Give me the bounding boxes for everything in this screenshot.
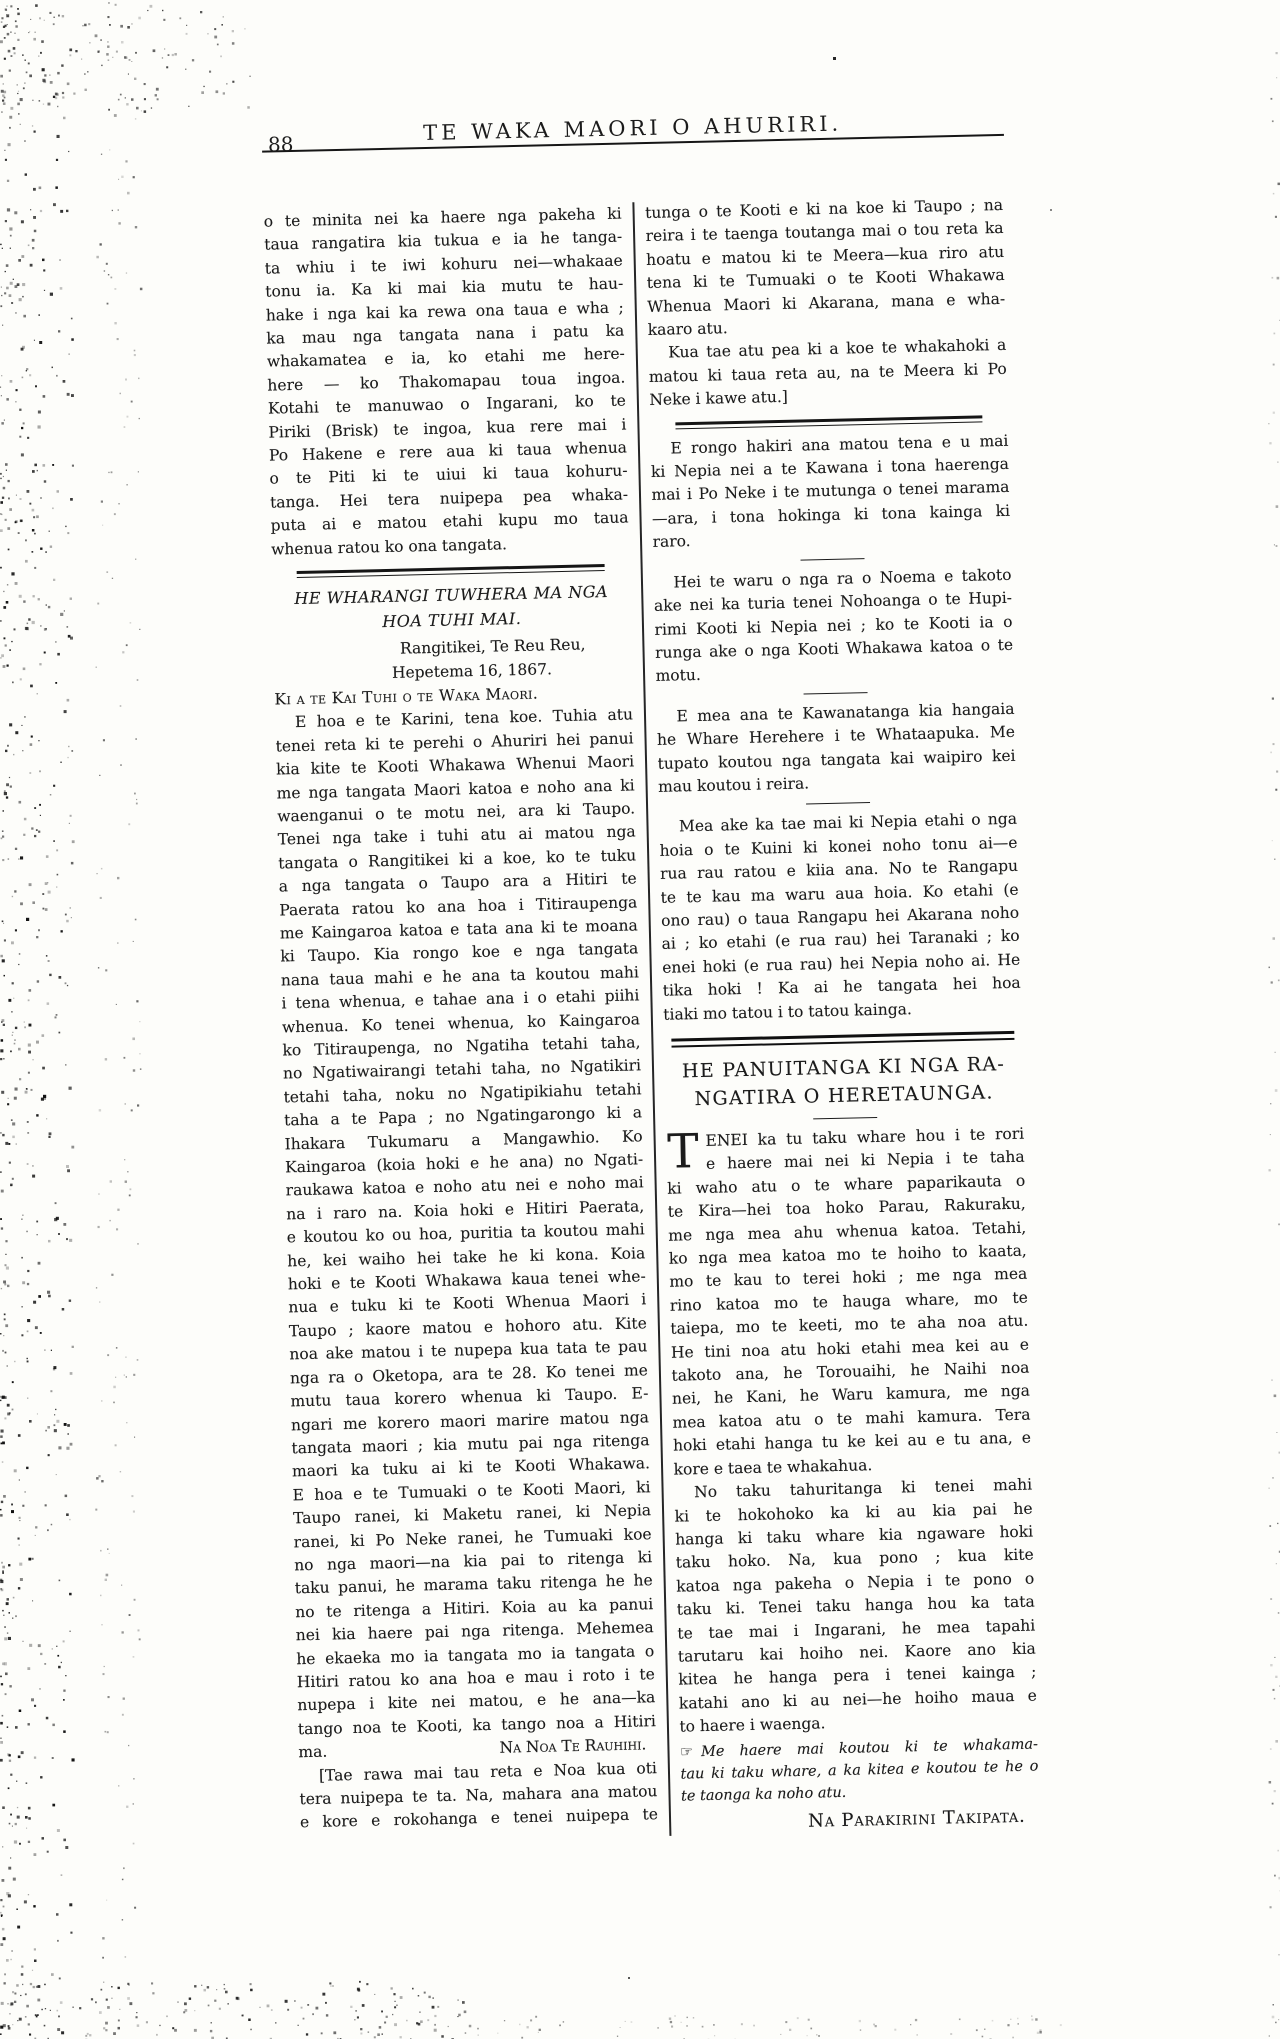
section-rule-short <box>800 558 864 560</box>
newspaper-page: 88 TE WAKA MAORI O AHURIRI. o te minita … <box>261 100 1042 1844</box>
paragraph: No taku tahuritanga ki tenei mahiki te h… <box>674 1474 1038 1740</box>
letter-signature: Na Noa Te Rauhihi. <box>499 1734 646 1761</box>
section-rule-heavy <box>671 1031 1015 1048</box>
paragraph: Kua tae atu pea ki a koe te whakahoki am… <box>648 334 1008 412</box>
page-number: 88 <box>268 132 294 157</box>
paragraph: Mea ake ka tae mai ki Nepia etahi o ngah… <box>659 808 1022 1027</box>
section-rule-short <box>813 1117 877 1119</box>
left-column: o te minita nei ka haere nga pakeha kita… <box>263 203 658 1845</box>
page-header: 88 TE WAKA MAORI O AHURIRI. <box>261 100 1004 167</box>
paragraph: E rongo hakiri ana matou tena e u maiki … <box>650 429 1011 554</box>
column-layout: o te minita nei ka haere nga pakeha kita… <box>263 194 1042 1844</box>
advert-note: ☞Me haere mai koutou ki te whakama-tau k… <box>680 1733 1039 1807</box>
dateline: Rangitikei, Te Reu Reu,Hepetema 16, 1867… <box>273 633 632 688</box>
section-rule-short <box>803 692 867 694</box>
notice-heading: HE PANUITANGA KI NGA RA-NGATIRA O HERETA… <box>664 1050 1023 1114</box>
pointing-hand-icon: ☞ <box>680 1744 692 1760</box>
paragraph: tunga o te Kooti e ki na koe ki Taupo ; … <box>645 194 1006 343</box>
paragraph: E hoa e te Karini, tena koe. Tuhia atute… <box>275 704 656 1742</box>
section-rule-double <box>297 564 605 578</box>
drop-cap: T <box>666 1130 706 1172</box>
paragraph: Hei te waru o nga ra o Noema e takotoake… <box>653 563 1014 688</box>
advert-paragraph: TENEI ka tu taku whare hou i te rorie ha… <box>666 1123 1032 1482</box>
paragraph: o te minita nei ka haere nga pakeha kita… <box>263 203 629 562</box>
paragraph: E mea ana te Kawanatanga kia hangaiahe W… <box>656 697 1016 799</box>
article-heading: HE WHARANGI TUWHERA MA NGAHOA TUHI MAI. <box>272 579 631 637</box>
right-column: tunga o te Kooti e ki na koe ki Taupo ; … <box>645 194 1040 1836</box>
section-rule-short <box>806 802 870 804</box>
advert-signature: Na Parakirini Takipata. <box>681 1804 1039 1836</box>
section-rule-double <box>675 415 983 429</box>
paragraph: [Tae rawa mai tau reta e Noa kua otitera… <box>299 1757 659 1835</box>
text-fragment: ma. <box>298 1741 327 1765</box>
